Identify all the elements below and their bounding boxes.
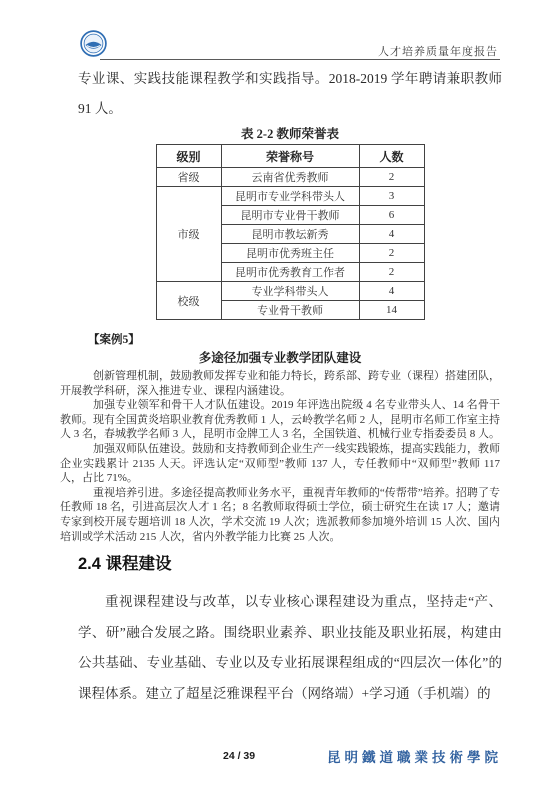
column-header-honor: 荣誉称号 xyxy=(221,145,359,168)
table-row: 校级专业学科带头人4 xyxy=(156,282,424,301)
case-block: 【案例5】 多途径加强专业教学团队建设 创新管理机制，鼓励教师发挥专业和能力特长… xyxy=(60,333,500,544)
honor-cell: 昆明市专业学科带头人 xyxy=(221,187,359,206)
case-paragraph: 创新管理机制，鼓励教师发挥专业和能力特长，跨系部、跨专业（课程）搭建团队，开展教… xyxy=(60,369,500,398)
page-header: 人才培养质量年度报告 xyxy=(80,30,500,62)
column-header-level: 级别 xyxy=(156,145,221,168)
honor-cell: 昆明市教坛新秀 xyxy=(221,225,359,244)
count-cell: 3 xyxy=(359,187,424,206)
level-cell: 市级 xyxy=(156,187,221,282)
footer-school-name: 昆明鐵道職業技術學院 xyxy=(327,746,502,766)
honor-table-body: 省级云南省优秀教师2市级昆明市专业学科带头人3昆明市专业骨干教师6昆明市教坛新秀… xyxy=(156,168,424,320)
level-cell: 省级 xyxy=(156,168,221,187)
document-page: 人才培养质量年度报告 专业课、实践技能课程教学和实践指导。2018-2019 学… xyxy=(0,0,557,800)
case-paragraph: 加强双师队伍建设。鼓励和支持教师到企业生产一线实践锻炼，提高实践能力，教师企业实… xyxy=(60,442,500,486)
count-cell: 2 xyxy=(359,263,424,282)
case-label: 【案例5】 xyxy=(88,333,500,348)
table-caption: 表 2-2 教师荣誉表 xyxy=(78,126,502,142)
intro-paragraph: 专业课、实践技能课程教学和实践指导。2018-2019 学年聘请兼职教师 91 … xyxy=(78,64,502,124)
header-divider xyxy=(100,59,500,60)
course-paragraph: 重视课程建设与改革，以专业核心课程建设为重点，坚持走“产、学、研”融合发展之路。… xyxy=(78,587,502,709)
case-paragraph: 重视培养引进。多途径提高教师业务水平，重视青年教师的“传帮带”培养。招聘了专任教… xyxy=(60,486,500,544)
page-number: 24 / 39 xyxy=(223,750,255,762)
column-header-count: 人数 xyxy=(359,145,424,168)
honor-cell: 专业骨干教师 xyxy=(221,301,359,320)
honor-cell: 昆明市优秀班主任 xyxy=(221,244,359,263)
case-title: 多途径加强专业教学团队建设 xyxy=(60,351,500,366)
count-cell: 4 xyxy=(359,282,424,301)
honor-table-header: 级别 荣誉称号 人数 xyxy=(156,145,424,168)
header-report-title: 人才培养质量年度报告 xyxy=(378,43,498,59)
table-row: 市级昆明市专业学科带头人3 xyxy=(156,187,424,206)
count-cell: 2 xyxy=(359,244,424,263)
level-cell: 校级 xyxy=(156,282,221,320)
page-footer: 24 / 39 昆明鐵道職業技術學院 xyxy=(78,744,502,768)
count-cell: 6 xyxy=(359,206,424,225)
case-paragraph: 加强专业领军和骨干人才队伍建设。2019 年评选出院级 4 名专业带头人、14 … xyxy=(60,398,500,442)
table-header-row: 级别 荣誉称号 人数 xyxy=(156,145,424,168)
honor-cell: 昆明市优秀教育工作者 xyxy=(221,263,359,282)
honor-cell: 昆明市专业骨干教师 xyxy=(221,206,359,225)
section-heading: 2.4 课程建设 xyxy=(78,554,502,575)
school-logo-icon xyxy=(80,30,107,57)
page-content: 专业课、实践技能课程教学和实践指导。2018-2019 学年聘请兼职教师 91 … xyxy=(78,64,502,709)
count-cell: 14 xyxy=(359,301,424,320)
honor-table: 级别 荣誉称号 人数 省级云南省优秀教师2市级昆明市专业学科带头人3昆明市专业骨… xyxy=(156,144,425,320)
count-cell: 4 xyxy=(359,225,424,244)
honor-cell: 专业学科带头人 xyxy=(221,282,359,301)
case-paragraphs: 创新管理机制，鼓励教师发挥专业和能力特长，跨系部、跨专业（课程）搭建团队，开展教… xyxy=(60,369,500,544)
honor-cell: 云南省优秀教师 xyxy=(221,168,359,187)
count-cell: 2 xyxy=(359,168,424,187)
table-row: 省级云南省优秀教师2 xyxy=(156,168,424,187)
